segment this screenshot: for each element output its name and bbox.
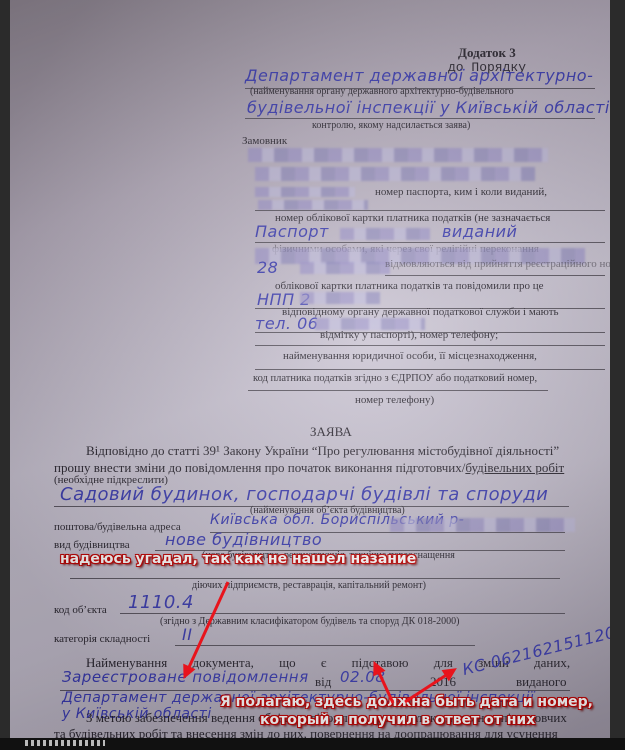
basis-document-handwritten: Зареєстроване повідомлення (62, 668, 309, 686)
scanned-document-page: Додаток 3 до Порядку Департамент державн… (10, 0, 610, 738)
object-code-value: 1110.4 (128, 592, 194, 613)
handwritten-28: 28 (257, 258, 278, 277)
addressee-caption-2: контролю, якому надсилається заява) (312, 120, 470, 131)
object-code-label: код об’єкта (54, 604, 107, 616)
caption-tax-6: відмітку у паспорті), номер телефону; (320, 329, 498, 341)
redacted-address (255, 167, 535, 181)
caption-legal: найменування юридичної особи, її місцезн… (283, 350, 537, 362)
divider (120, 613, 565, 614)
annotation-note-1: надеюсь угадал, так как не нашел назание (60, 551, 416, 567)
addressee-line-2 (245, 118, 595, 119)
doc-date: 02.08 (340, 668, 385, 686)
doc-year: 2016 (430, 674, 456, 690)
divider (255, 345, 605, 346)
divider (248, 390, 548, 391)
doc-issued-label: виданого (516, 674, 566, 690)
customer-label: Замовник (242, 135, 287, 147)
caption-passport: номер паспорта, ким і коли виданий, (375, 186, 547, 198)
doc-from-label: від (315, 674, 331, 690)
para-2-underlined: будівельних робіт (465, 460, 564, 475)
address-label: поштова/будівельна адреса (54, 521, 181, 533)
redacted-passport (255, 187, 355, 197)
complexity-label: категорія складності (54, 633, 150, 645)
divider (255, 210, 605, 211)
addressee-caption-1: (найменування органу державного архітект… (250, 86, 514, 97)
divider (385, 275, 605, 276)
addressee-handwritten-1: Департамент державної архітектурно- (245, 66, 593, 85)
caption-edrpou: код платника податків згідно з ЄДРПОУ аб… (253, 373, 537, 384)
construction-type-caption-2: діючих підприємств, реставрація, капітал… (192, 580, 426, 591)
handwritten-issued: виданий (442, 222, 517, 241)
annotation-note-2-line-2: который я получил в ответ от них (260, 712, 535, 728)
handwritten-passport: Паспорт (255, 222, 329, 241)
appendix-title: Додаток 3 (458, 45, 516, 61)
caption-tax-5: відповідному органу державної податкової… (282, 306, 559, 318)
caption-phone: номер телефону) (355, 394, 434, 406)
divider (70, 578, 560, 579)
object-name-handwritten: Садовий будинок, господарчі будівлі та с… (60, 484, 548, 505)
annotation-note-2-line-1: Я полагаю, здесь должна быть дата и номе… (220, 694, 593, 710)
redacted-passport-2 (258, 200, 368, 210)
redacted-passport-number (340, 228, 430, 240)
redacted-name (248, 148, 548, 162)
application-title: ЗАЯВА (310, 424, 352, 440)
divider (255, 369, 605, 370)
redacted-date (300, 262, 390, 274)
application-para-1: Відповідно до статті 39¹ Закону України … (86, 443, 559, 459)
construction-type-label: вид будівництва (54, 539, 130, 551)
construction-type-handwritten: нове будівництво (165, 530, 322, 549)
addressee-handwritten-2: будівельної інспекції у Київській област… (247, 98, 610, 117)
divider (175, 645, 475, 646)
redacted-address-2 (390, 518, 575, 532)
image-footer-bar (0, 738, 625, 750)
object-code-caption: (згідно з Державним класифікатором будів… (160, 616, 459, 627)
complexity-value: II (182, 625, 192, 644)
redacted-npp (300, 292, 380, 304)
footer-watermark (25, 740, 105, 746)
caption-tax-3: відмовляються від прийняття реєстраційно… (385, 258, 610, 270)
handwritten-phone: тел. 06 (255, 314, 318, 333)
para-2-text: прошу внести зміни до повідомлення про п… (54, 460, 465, 475)
caption-tax-4: облікової картки платника податків та по… (275, 280, 544, 292)
